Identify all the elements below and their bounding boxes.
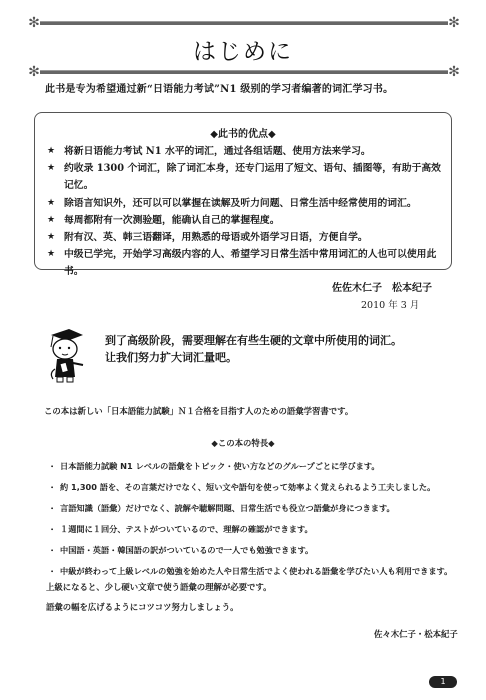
graduate-cat-mascot-icon: [45, 325, 87, 389]
authors-japanese: 佐々木仁子・松本紀子: [374, 628, 458, 640]
dot-bullet-icon: ・: [48, 456, 56, 477]
bottom-ornamental-rule: ✻ ✻: [28, 66, 460, 78]
asterisk-ornament-icon: ✻: [448, 66, 460, 78]
star-bullet-icon: ★: [47, 212, 55, 229]
star-bullet-icon: ★: [47, 195, 55, 212]
date-chinese: 2010 年 3 月: [361, 297, 419, 311]
japanese-feature-item: ・中級が終わって上級レベルの勉強を始めた人や日常生活でよく使われる語彙を学びたい…: [48, 561, 468, 582]
japanese-closing-line: 語彙の幅を広げるようにコツコツ努力しましょう。: [46, 601, 238, 613]
star-bullet-icon: ★: [47, 143, 55, 160]
japanese-features-list: ・日本語能力試験 N1 レベルの語彙をトピック・使い方などのグループごとに学びま…: [48, 456, 468, 582]
asterisk-ornament-icon: ✻: [28, 66, 40, 78]
asterisk-ornament-icon: ✻: [448, 17, 460, 29]
japanese-feature-item: ・１週間に１回分、テストがついているので、理解の確認ができます。: [48, 519, 468, 540]
mascot-callout: 到了高级阶段，需要理解在有些生硬的文章中所使用的词汇。 让我们努力扩大词汇量吧。: [105, 332, 402, 366]
rule-line: [40, 21, 448, 25]
dot-bullet-icon: ・: [48, 540, 56, 561]
chinese-intro: 此书是专为希望通过新“日语能力考试”N1 级别的学习者编著的词汇学习书。: [45, 80, 393, 95]
feature-item: ★约收录 1300 个词汇，除了词汇本身，还专门运用了短文、语句、插图等，有助于…: [47, 160, 442, 194]
callout-line: 让我们努力扩大词汇量吧。: [105, 349, 402, 366]
japanese-features-title: ◆この本の特長◆: [0, 437, 486, 449]
dot-bullet-icon: ・: [48, 498, 56, 519]
japanese-feature-item: ・日本語能力試験 N1 レベルの語彙をトピック・使い方などのグループごとに学びま…: [48, 456, 468, 477]
authors-chinese: 佐佐木仁子 松本纪子: [332, 279, 432, 294]
japanese-intro: この本は新しい「日本語能力試験」Ｎ１合格を目指す人のための語彙学習書です。: [44, 405, 353, 417]
rule-line: [40, 70, 448, 74]
top-ornamental-rule: ✻ ✻: [28, 17, 460, 29]
japanese-feature-item: ・約 1,300 語を、その言葉だけでなく、短い文や語句を使って効率よく覚えられ…: [48, 477, 468, 498]
callout-line: 到了高级阶段，需要理解在有些生硬的文章中所使用的词汇。: [105, 332, 402, 349]
star-bullet-icon: ★: [47, 229, 55, 246]
japanese-feature-item: ・言語知識（語彙）だけでなく、読解や聴解問題、日常生活でも役立つ語彙が身につきま…: [48, 498, 468, 519]
star-bullet-icon: ★: [47, 246, 55, 263]
features-box-title: ◆此书的优点◆: [35, 125, 451, 140]
feature-item: ★附有汉、英、韩三语翻译，用熟悉的母语或外语学习日语，方便自学。: [47, 229, 442, 246]
feature-item: ★中级已学完，开始学习高级内容的人、希望学习日常生活中常用词汇的人也可以使用此书…: [47, 246, 442, 280]
asterisk-ornament-icon: ✻: [28, 17, 40, 29]
japanese-feature-item: ・中国語・英語・韓国語の訳がついているので一人でも勉強できます。: [48, 540, 468, 561]
page-title: はじめに: [0, 33, 486, 66]
dot-bullet-icon: ・: [48, 477, 56, 498]
dot-bullet-icon: ・: [48, 519, 56, 540]
star-bullet-icon: ★: [47, 160, 55, 177]
feature-item: ★将新日语能力考试 N1 水平的词汇，通过各组话题、使用方法来学习。: [47, 143, 442, 160]
feature-item: ★除语言知识外，还可以可以掌握在读解及听力问题、日常生活中经常使用的词汇。: [47, 195, 442, 212]
features-box-chinese: ◆此书的优点◆ ★将新日语能力考试 N1 水平的词汇，通过各组话题、使用方法来学…: [34, 112, 452, 270]
dot-bullet-icon: ・: [48, 561, 56, 582]
features-list: ★将新日语能力考试 N1 水平的词汇，通过各组话题、使用方法来学习。 ★约收录 …: [47, 143, 442, 281]
page-number-badge: 1: [429, 676, 457, 688]
feature-item: ★每周都附有一次测验题，能确认自己的掌握程度。: [47, 212, 442, 229]
japanese-closing-line: 上級になると、少し硬い文章で使う語彙の理解が必要です。: [46, 581, 271, 593]
